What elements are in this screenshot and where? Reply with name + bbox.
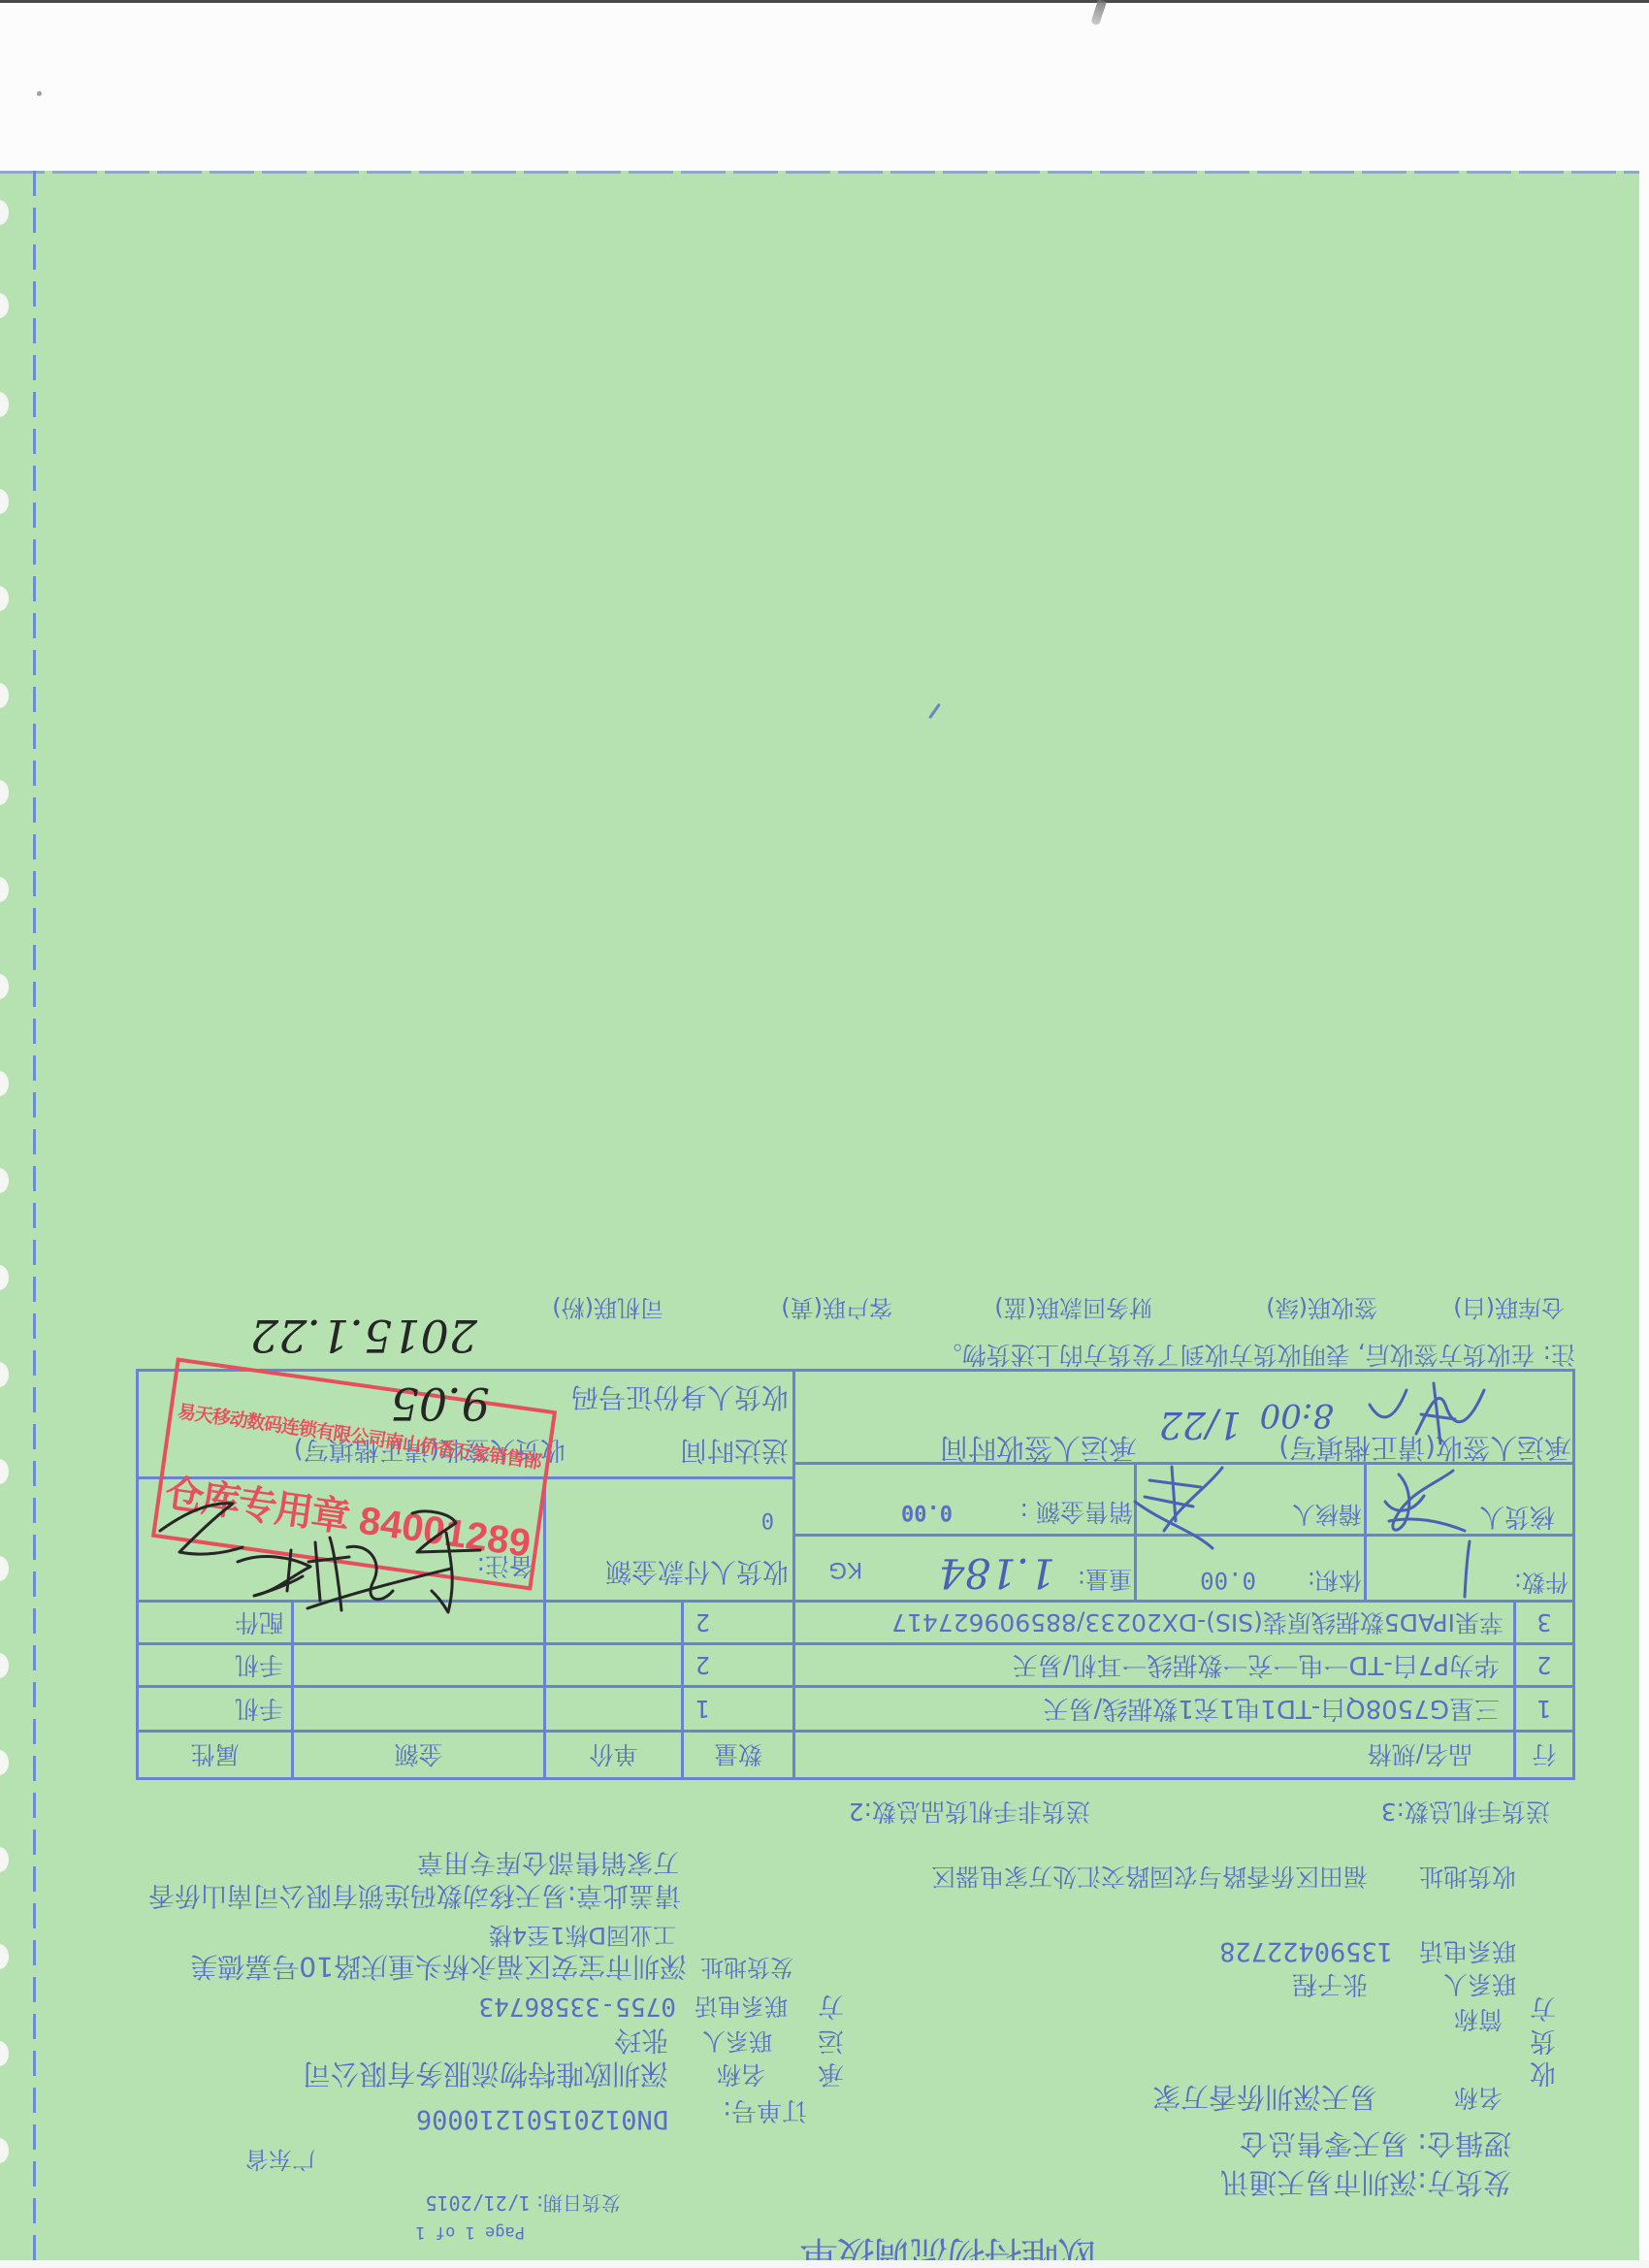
scanned-delivery-note: 欧唯特物流调拨单 Page 1 of 1 发货日期: 1/21/2015 广东省… <box>0 0 1649 2268</box>
receiver-signature <box>0 0 1649 2268</box>
scan-bottom-edge <box>0 2260 1649 2268</box>
